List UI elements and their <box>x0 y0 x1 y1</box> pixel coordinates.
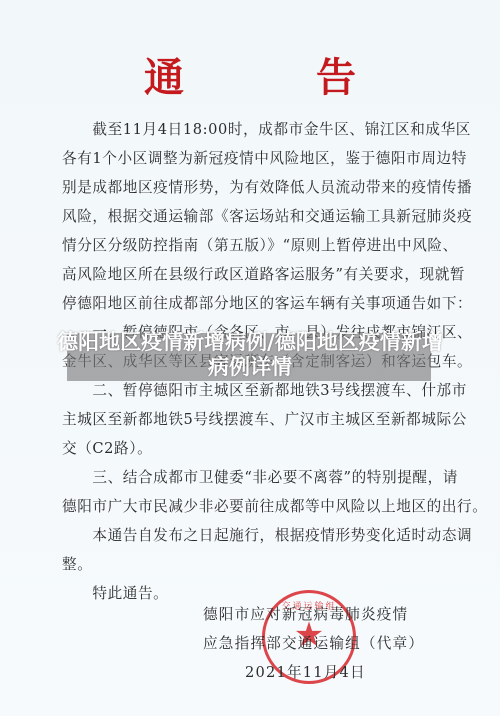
body-line: 高风险地区所在县级行政区道路客运服务”有关要求，现就暂 <box>62 265 442 285</box>
signature-date: 2021年11月4日 <box>245 663 366 683</box>
signature-org-line1: 德阳市应对新冠病毒肺炎疫情 <box>203 605 408 625</box>
body-line: 主城区至新都地铁5号线摆渡车、广汉市主城区至新都城际公 <box>62 410 442 430</box>
body-line: 情分区分级防控指南（第五版）》“原则上暂停进出中风险、 <box>62 236 442 256</box>
body-line: 二、暂停德阳市主城区至新都地铁3号线摆渡车、什邡市 <box>62 381 442 401</box>
body-line: 别是成都地区疫情形势，为有效降低人员流动带来的疫情传播 <box>62 178 442 198</box>
body-line: 各有1个小区调整为新冠疫情中风险地区，鉴于德阳市周边特 <box>62 149 442 169</box>
body-line: 本通告自发布之日起施行，根据疫情形势变化适时动态调 <box>62 526 442 546</box>
signature-org-line2: 应急指挥部交通运输组（代章） <box>203 634 424 654</box>
headline-overlay: 德阳地区疫情新增病例/德阳地区疫情新增病例详情 <box>50 330 450 380</box>
body-line: 截至11月4日18:00时，成都市金牛区、锦江区和成华区 <box>62 120 442 140</box>
notice-title: 通 告 <box>0 46 500 103</box>
body-line: 三、结合成都市卫健委“非必要不离蓉”的特别提醒，请 <box>62 468 442 488</box>
body-line: 特此通告。 <box>62 584 442 604</box>
body-line: 整。 <box>62 555 442 575</box>
body-line: 德阳市广大市民减少非必要前往成都等中风险以上地区的出行。 <box>62 497 442 517</box>
body-line: 风险，根据交通运输部《客运场站和交通运输工具新冠肺炎疫 <box>62 207 442 227</box>
body-line: 交（C2路）。 <box>62 439 442 459</box>
body-line: 停德阳地区前往成都部分地区的客运车辆有关事项通告如下： <box>62 294 442 314</box>
